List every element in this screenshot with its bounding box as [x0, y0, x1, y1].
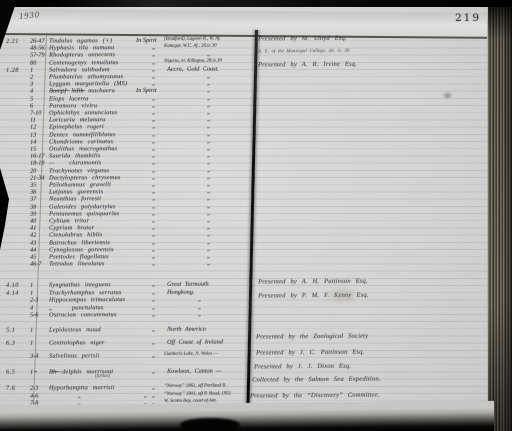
- presenter-note: Presented by J. J. Dixon Esq.: [254, 363, 351, 371]
- entry-number: 80: [30, 60, 36, 67]
- entry-number: 1: [30, 282, 33, 289]
- ditto-mark: „: [207, 144, 210, 151]
- scanner-top-band: [0, 0, 512, 7]
- presenter-note: A. E. of the Municipal College, 26. iv. …: [258, 48, 350, 54]
- ditto-mark: „: [152, 145, 155, 152]
- ditto-mark: „: [152, 217, 155, 224]
- ditto-mark: „: [207, 137, 210, 144]
- ditto-mark: „: [152, 174, 155, 181]
- entry-number: 1: [30, 67, 33, 74]
- entry-date: 7.6: [6, 385, 15, 392]
- entry-number: 2: [30, 74, 33, 81]
- ditto-mark: „: [207, 238, 210, 245]
- scanned-register-page: 1930 219 2.2126-47Tindalus agamas (♀)In …: [0, 0, 512, 431]
- ditto-mark: „: [207, 122, 210, 129]
- ditto-mark: „: [152, 44, 155, 51]
- paper-stain: [443, 92, 452, 99]
- ditto-mark: „: [207, 151, 210, 158]
- entry-name: Rhodopterus annectens: [49, 51, 115, 58]
- ditto-mark: „: [207, 166, 210, 173]
- ledger-page: 1930 219 2.2126-47Tindalus agamas (♀)In …: [0, 4, 488, 422]
- ditto-mark: „: [152, 138, 155, 145]
- presenter-note: Presented by A. R. Irvine Esq.: [258, 61, 357, 69]
- entry-number: 40: [30, 218, 36, 225]
- entry-number: 5-6: [30, 312, 38, 319]
- entry-locality: “Norway” 1901, off P. Head, 1951: [164, 391, 231, 396]
- entry-number: 45: [30, 254, 36, 261]
- entry-locality: Off Coast of Ireland: [167, 338, 223, 345]
- ditto-mark: „: [207, 216, 210, 223]
- ditto-mark: „: [152, 352, 155, 359]
- ditto-mark: „: [152, 224, 155, 231]
- page-top-edge: [0, 9, 496, 39]
- entry-number: 38: [30, 204, 36, 211]
- entry-locality: Kowloon, Canton —: [167, 367, 222, 374]
- entry-number: 41: [30, 225, 36, 232]
- ditto-mark: „: [152, 210, 155, 217]
- entry-number: 1: [30, 340, 33, 347]
- entry-number: 1: [30, 290, 33, 297]
- ditto-mark: „: [198, 304, 201, 311]
- ditto-mark: „: [207, 202, 210, 209]
- ditto-mark: „: [152, 188, 155, 195]
- entry-number: 2-3: [30, 297, 38, 304]
- entry-locality: Nigeria, nr. Killagua, 28.ix.30: [164, 58, 222, 63]
- ditto-mark: „: [152, 253, 155, 260]
- entry-name: Lepidosteus maud: [49, 326, 101, 333]
- book-page-edges: [487, 0, 512, 431]
- bottom-shadow-blob: [180, 418, 240, 431]
- entry-date: 5.1: [6, 327, 15, 334]
- entry-number: 4: [30, 305, 33, 312]
- ditto-mark: „: [207, 115, 210, 122]
- ditto-mark: „: [207, 180, 210, 187]
- entry-locality: Llanberis Lake, N. Wales —: [164, 351, 218, 356]
- ditto-mark: „: [152, 246, 155, 253]
- entry-locality: (Bradford), Lagoon R., W. Af.: [164, 36, 221, 41]
- entry-name: Salvelinus perisii: [49, 352, 99, 359]
- ditto-mark: „: [207, 259, 210, 266]
- ditto-mark: „: [152, 326, 155, 333]
- entry-number: 15: [30, 146, 36, 153]
- ditto-mark: „: [152, 109, 155, 116]
- ditto-mark: „: [207, 158, 210, 165]
- ditto-mark: „: [207, 72, 210, 79]
- ditto-mark: „: [152, 152, 155, 159]
- presenter-note: Presented by A. H. Pattinson Esq.: [258, 278, 368, 286]
- ditto-mark: „: [152, 289, 155, 296]
- entry-number: 4-6: [30, 393, 38, 400]
- entry-name: Epinephelus rogeri: [49, 123, 104, 130]
- entry-number: 39: [30, 211, 36, 218]
- presenter-note: Presented by M. Lloyd Esq.: [258, 35, 347, 43]
- entry-number: 46-7: [30, 261, 41, 268]
- entry-locality: “Norway” 1861, off Portland B.: [164, 383, 226, 388]
- ditto-mark: „: [198, 296, 201, 303]
- ditto-mark: „: [152, 195, 155, 202]
- bottom-edge-band: [0, 401, 494, 431]
- entry-locality: Kattegat, W.C. Af., 26.ix.30: [164, 43, 217, 48]
- ditto-mark: „: [152, 239, 155, 246]
- paper-stain: [328, 288, 356, 303]
- ditto-mark: „: [207, 245, 210, 252]
- ditto-mark: „: [207, 187, 210, 194]
- year-heading: 1930: [19, 9, 41, 21]
- ditto-mark: „: [152, 73, 155, 80]
- entry-name: B̶o̶m̶p̶f̶ ̶l̶i̶d̶i̶k̶ machaera: [49, 87, 115, 94]
- entry-number: 1 •: [30, 369, 37, 376]
- ditto-mark: „: [152, 392, 155, 399]
- register-entry: 6.31Centrolophus niger„Off Coast of Irel…: [0, 338, 254, 348]
- ditto-mark: „: [152, 131, 155, 138]
- entry-date: 6.5: [6, 369, 15, 376]
- ditto-mark: „: [207, 209, 210, 216]
- register-entry: 5-6Ostracion concatenatus„„: [0, 310, 254, 320]
- entry-number: 14: [30, 139, 36, 146]
- entry-number: 12: [30, 124, 36, 131]
- ditto-mark: „: [152, 203, 155, 210]
- entry-number: 2-3: [30, 385, 38, 392]
- ditto-mark: „: [152, 296, 155, 303]
- entry-number: 36: [30, 189, 36, 196]
- ditto-mark: „: [152, 51, 155, 58]
- ditto-mark: „: [152, 95, 155, 102]
- entry-name: Ostracion concatenatus: [49, 311, 116, 318]
- ditto-mark: „: [152, 167, 155, 174]
- entry-locality: North America: [167, 326, 206, 333]
- marginal-note: (foetus): [95, 374, 110, 379]
- ditto-mark: „: [152, 339, 155, 346]
- entry-number: 35: [30, 182, 36, 189]
- ditto-mark: „: [207, 223, 210, 230]
- ditto-mark: „: [152, 368, 155, 375]
- entry-name: Syngnathus integuens: [49, 281, 111, 288]
- entry-number: 1: [30, 327, 33, 334]
- entry-number: 18-19: [30, 160, 44, 167]
- entry-number: 57-79: [30, 52, 44, 59]
- entry-number: 3: [30, 81, 33, 88]
- ditto-mark: „: [152, 102, 155, 109]
- entry-date: 4.10: [6, 282, 19, 289]
- entry-number: 13: [30, 132, 36, 139]
- entry-number: 5: [30, 96, 33, 103]
- entry-number: 42: [30, 232, 36, 239]
- ditto-mark: „: [207, 94, 210, 101]
- ditto-mark: „: [207, 101, 210, 108]
- ditto-mark: „: [152, 159, 155, 166]
- ditto-mark: „: [207, 252, 210, 259]
- presenter-note: Presented by J. C. Pattinson Esq.: [256, 349, 364, 357]
- ditto-mark: „: [152, 311, 155, 318]
- entry-number: 11: [30, 117, 36, 124]
- entry-number: 3-4: [30, 353, 38, 360]
- entry-locality: Great Yarmouth: [167, 281, 209, 288]
- ditto-mark: „: [207, 79, 210, 86]
- ditto-mark: „: [152, 281, 155, 288]
- entry-date: 6.3: [6, 340, 15, 347]
- register-entry: 3-4Salvelinus perisii„Llanberis Lake, N.…: [0, 351, 254, 361]
- ditto-mark: „: [152, 231, 155, 238]
- presenter-note: Presented by the Zoological Society: [256, 333, 368, 341]
- ditto-mark: „: [207, 86, 210, 93]
- entry-number: 6: [30, 103, 33, 110]
- ditto-mark: „: [207, 130, 210, 137]
- ditto-mark: „: [207, 230, 210, 237]
- ditto-mark: „: [152, 260, 155, 267]
- ditto-mark: „: [152, 304, 155, 311]
- ditto-mark: „: [152, 181, 155, 188]
- entry-name: Centrolophus niger: [49, 339, 105, 346]
- entry-name: Neanthias forresti: [49, 195, 101, 202]
- ditto-mark: „: [152, 59, 155, 66]
- entry-name: — claramontis: [49, 159, 102, 166]
- presenter-note: Presented by the “Discovery” Committee.: [250, 391, 380, 399]
- ditto-mark: „: [152, 384, 155, 391]
- register-entry: 6.51 •B̶h̶—delphis morrisoni„Kowloon, Ca…: [0, 367, 254, 377]
- ditto-mark: „: [207, 173, 210, 180]
- entry-name: Tetrodon lineolatus: [49, 260, 105, 267]
- entry-name: Ctenolabrus hiblis: [49, 231, 102, 238]
- entry-name: Hyporhamptta morrisii: [49, 384, 115, 391]
- entry-condition: In Spirit: [136, 87, 157, 94]
- page-number: 219: [455, 12, 481, 24]
- entry-name: Hippocampus trimaculatus: [49, 296, 125, 303]
- ditto-mark: „: [152, 66, 155, 73]
- entry-number: 20: [30, 168, 36, 175]
- entry-number: 44: [30, 247, 36, 254]
- register-entry: 5.11Lepidosteus maud„North America: [0, 325, 254, 335]
- register-entry: 46-7Tetrodon lineolatus„„: [0, 259, 254, 269]
- ditto-mark: „: [152, 116, 155, 123]
- ditto-mark: „: [207, 194, 210, 201]
- ditto-mark: „: [152, 80, 155, 87]
- ditto-mark: „: [207, 108, 210, 115]
- ditto-mark: „: [198, 311, 201, 318]
- entry-number: 43: [30, 240, 36, 247]
- ditto-mark: „: [152, 123, 155, 130]
- presenter-note: Collected by the Salmon Sea Expedition.: [252, 375, 381, 383]
- entry-number: 4: [30, 88, 33, 95]
- ditto-mark: „: [207, 50, 210, 57]
- entry-number: 37: [30, 196, 36, 203]
